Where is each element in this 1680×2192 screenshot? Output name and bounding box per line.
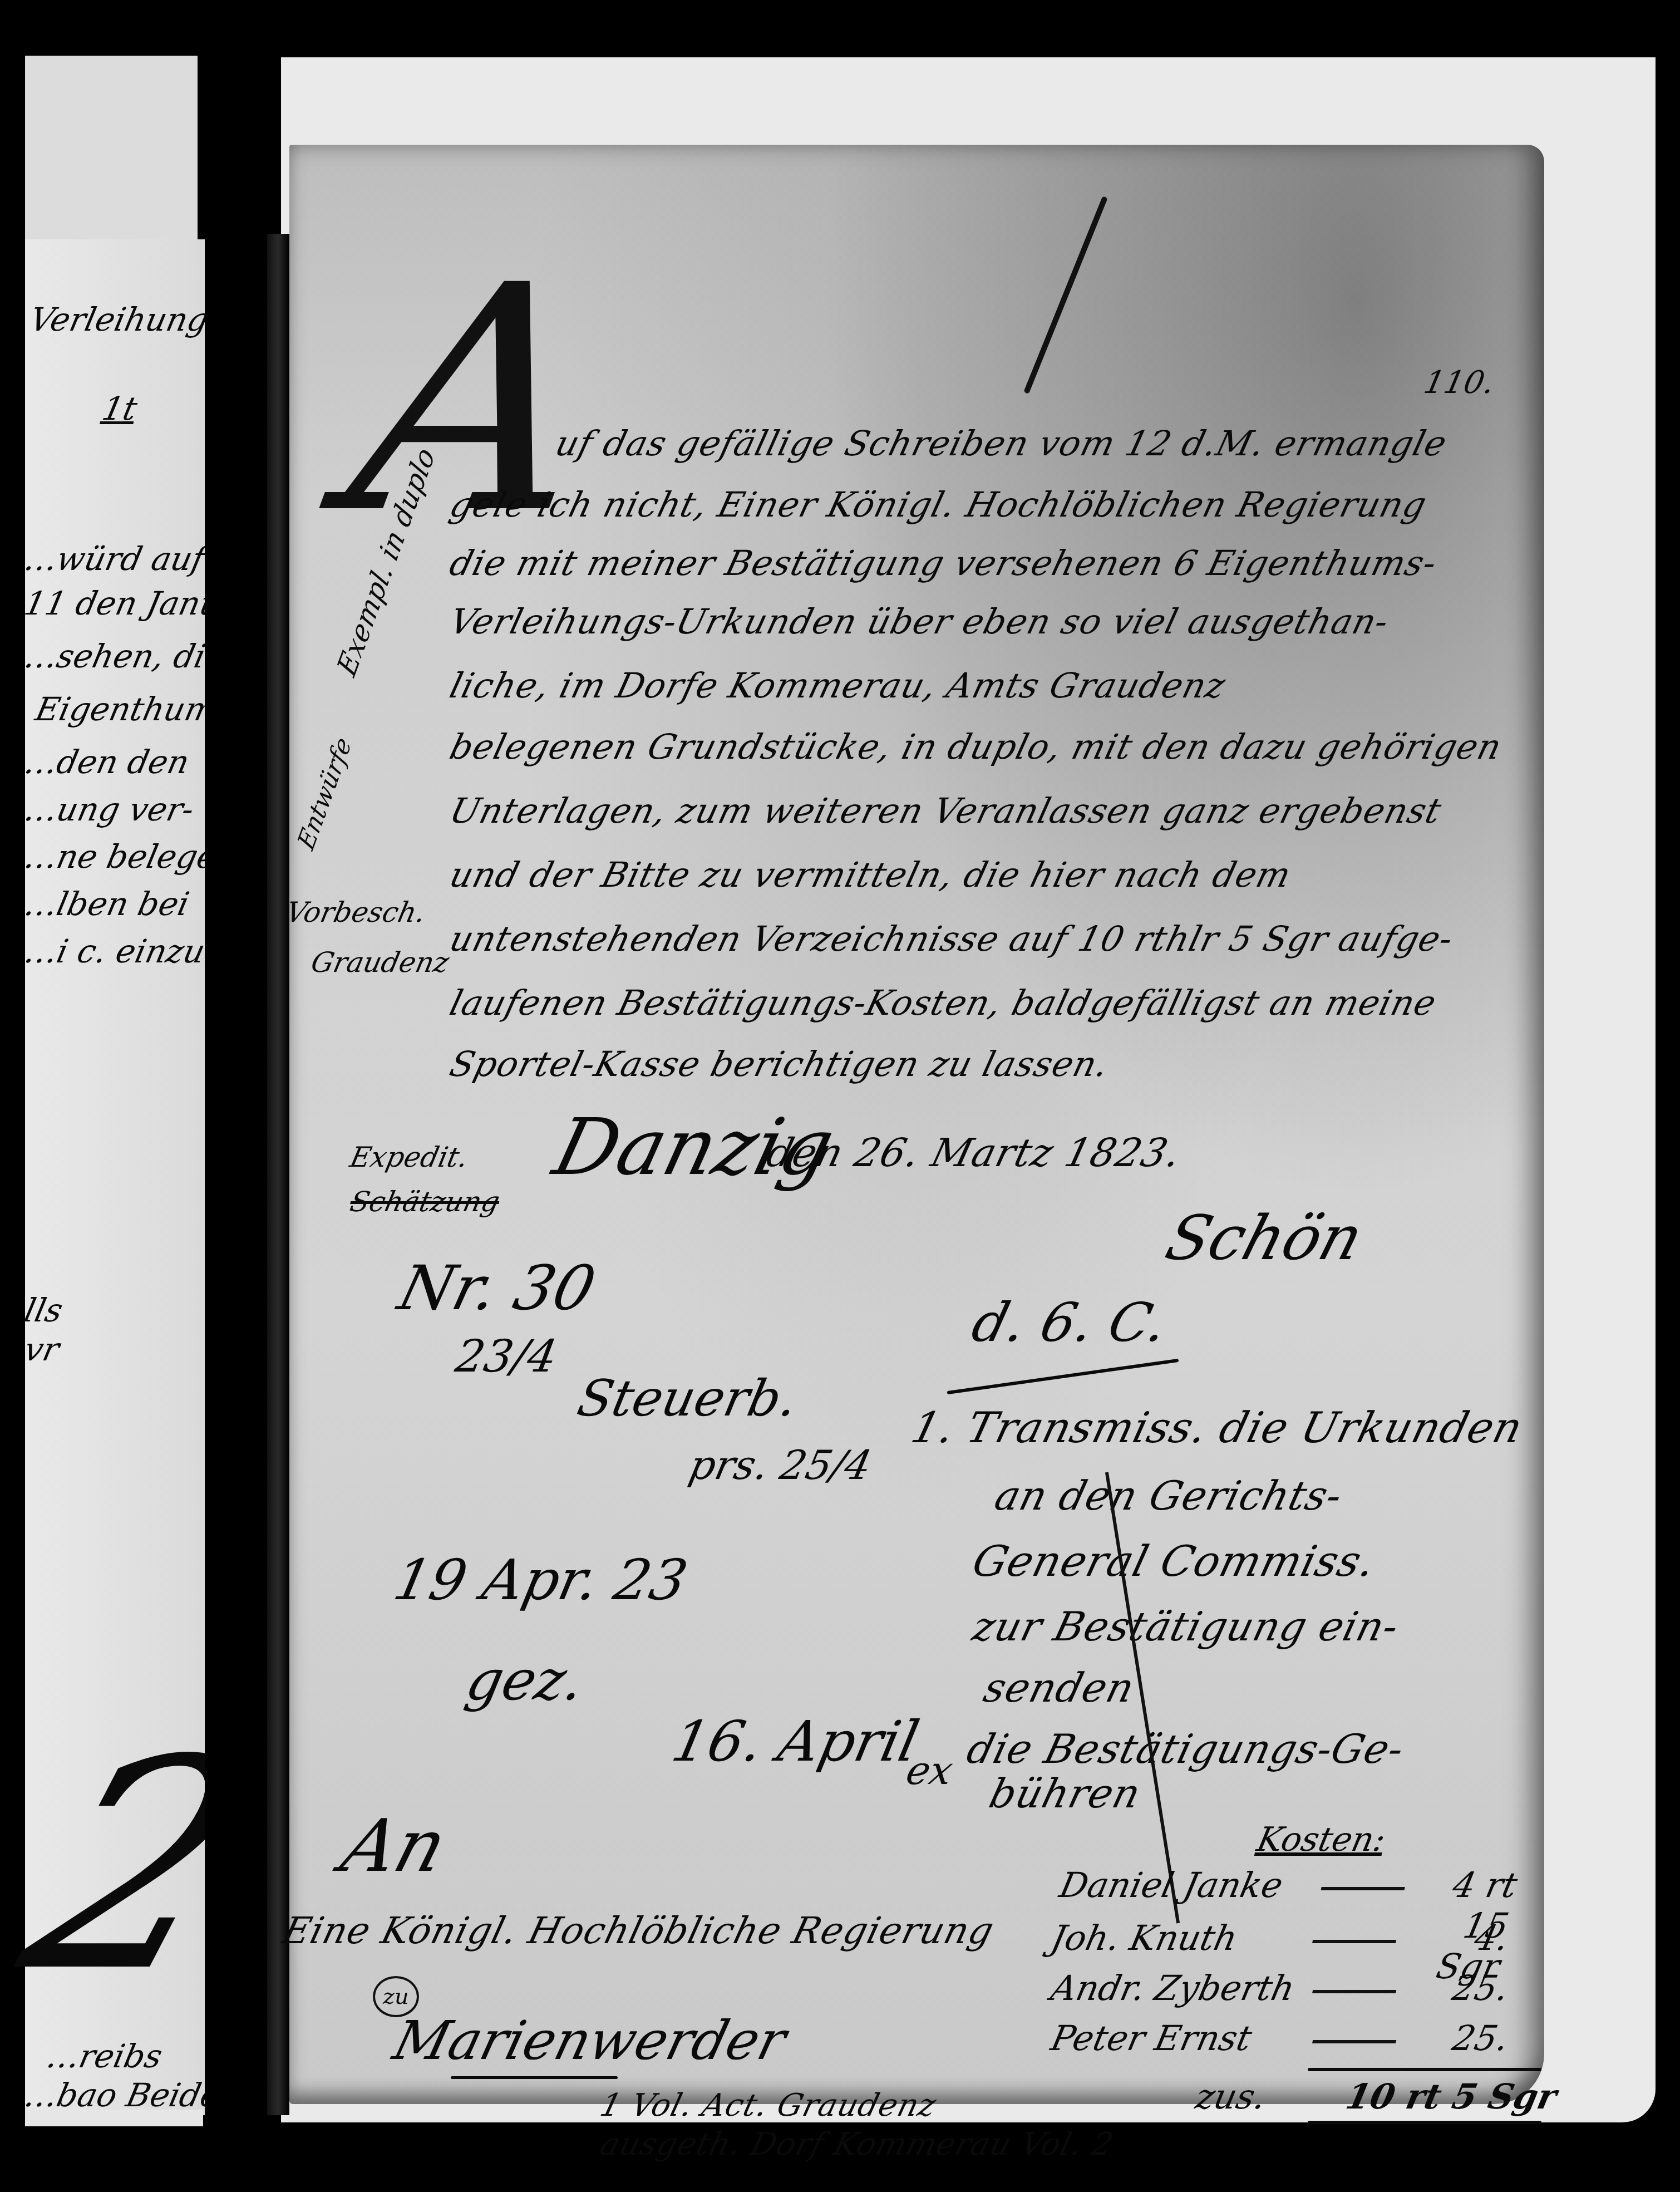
left-sheet-fragment: lls [21, 1291, 66, 1329]
postscript-line: an den Gerichts- [991, 1472, 1348, 1519]
fees-name: Andr. Zyberth [1047, 1968, 1318, 2008]
left-sheet-line: …i c. einzu- [21, 932, 220, 970]
postscript-line: die Bestätigungs-Ge- [963, 1726, 1410, 1772]
body-line: Sportel-Kasse berichtigen zu lassen. [446, 1044, 1113, 1084]
registry-note: Steuerb. [573, 1369, 803, 1428]
left-sheet-fragment: vr [21, 1330, 63, 1368]
postscript-line: bühren [985, 1770, 1146, 1817]
postscript-ref: d. 6. C. [966, 1291, 1174, 1354]
body-line: die mit meiner Bestätigung versehenen 6 … [446, 543, 1441, 583]
address-prefix: An [333, 1803, 456, 1888]
body-line: Unterlagen, zum weiteren Veranlassen gan… [446, 790, 1446, 831]
left-sheet-mark: 1t [99, 390, 141, 427]
registry-note: gez. [461, 1648, 590, 1713]
registry-note: Schätzung [347, 1186, 502, 1218]
binding-fold-shadow [267, 234, 289, 2115]
postscript-underline [947, 1359, 1179, 1394]
fees-row: Joh. Knuth 4. [1047, 1918, 1513, 1958]
body-line: laufenen Bestätigungs-Kosten, baldgefäll… [446, 982, 1441, 1023]
body-line: untenstehenden Verzeichnisse auf 10 rthl… [446, 918, 1457, 959]
body-line: Verleihungs-Urkunden über eben so viel a… [446, 601, 1393, 642]
fees-dash [1312, 2018, 1401, 2043]
fees-total-rule [1308, 2068, 1541, 2071]
footer-note: ausgeth. Dorf Kommerau Vol. 2 [597, 2126, 1117, 2162]
footer-note: 1 Vol. Act. Graudenz [597, 2087, 940, 2124]
postscript-line: zur Bestätigung ein- [968, 1603, 1404, 1650]
body-line: gele ich nicht, Einer Königl. Hochlöblic… [446, 484, 1431, 525]
registry-fraction: 23/4 [452, 1330, 561, 1382]
fees-total-label: zus. [1192, 2076, 1270, 2117]
fees-dash [1321, 1865, 1410, 1890]
margin-note: Vorbesch. [283, 896, 428, 928]
margin-note: Graudenz [308, 946, 452, 979]
registry-note: 19 Apr. 23 [388, 1547, 693, 1613]
folio-number: 110. [1421, 365, 1498, 401]
fees-dash [1312, 1918, 1401, 1943]
body-line: uf das gefällige Schreiben vom 12 d.M. e… [551, 423, 1451, 464]
left-sheet-bottom-line: …reibs [43, 2037, 166, 2075]
date-text: den 26. Martz 1823. [762, 1130, 1186, 1176]
left-sheet-line: …sehen, die [21, 637, 228, 675]
left-sheet-line: …den den [21, 743, 193, 781]
fees-amount: 25. [1403, 2018, 1513, 2058]
fees-dash [1312, 1968, 1401, 1993]
fees-name: Peter Ernst [1047, 2018, 1318, 2058]
address-city: Marienwerder [387, 2009, 792, 2072]
fees-amount: 25. [1403, 1968, 1513, 2008]
left-sheet-top-strip [25, 56, 198, 239]
registry-note: 16. April [667, 1709, 925, 1774]
folio-stroke-mark [1023, 196, 1108, 394]
fees-name: Joh. Knuth [1047, 1918, 1318, 1958]
margin-note: Entwürfe [293, 732, 357, 855]
registry-note: Nr. 30 [392, 1252, 603, 1324]
fees-row: Peter Ernst 25. [1047, 2018, 1513, 2058]
address-recipient: Eine Königl. Hochlöbliche Regierung [278, 1909, 998, 1952]
body-line: belegenen Grundstücke, in duplo, mit den… [446, 726, 1506, 767]
main-page: A 110. uf das gefällige Schreiben vom 12… [289, 145, 1544, 2104]
left-sheet-line: …ung ver- [21, 790, 198, 828]
fees-header: Kosten: [1254, 1820, 1389, 1859]
postscript-line: 1. Transmiss. die Urkunden [906, 1403, 1528, 1452]
fees-row: Andr. Zyberth 25. [1047, 1968, 1513, 2008]
address-underline [451, 2076, 618, 2079]
registry-note: prs. 25/4 [685, 1442, 876, 1488]
postscript-line: General Commiss. [968, 1536, 1381, 1586]
body-line: liche, im Dorfe Kommerau, Amts Graudenz [446, 665, 1230, 706]
left-sheet-line: …lben bei [21, 885, 193, 923]
fees-total-value: 10 rt 5 Sgr [1342, 2076, 1560, 2117]
left-sheet-bottom-strip [25, 2110, 203, 2126]
postscript-line: senden [979, 1664, 1140, 1711]
fees-total-rule [1308, 2121, 1541, 2124]
body-line: und der Bitte zu vermitteln, die hier na… [446, 854, 1295, 895]
fees-amount: 4. [1403, 1918, 1513, 1958]
registry-note: Expedit. [347, 1141, 471, 1173]
registry-note: ex [902, 1748, 957, 1793]
signature: Schön [1159, 1202, 1371, 1274]
